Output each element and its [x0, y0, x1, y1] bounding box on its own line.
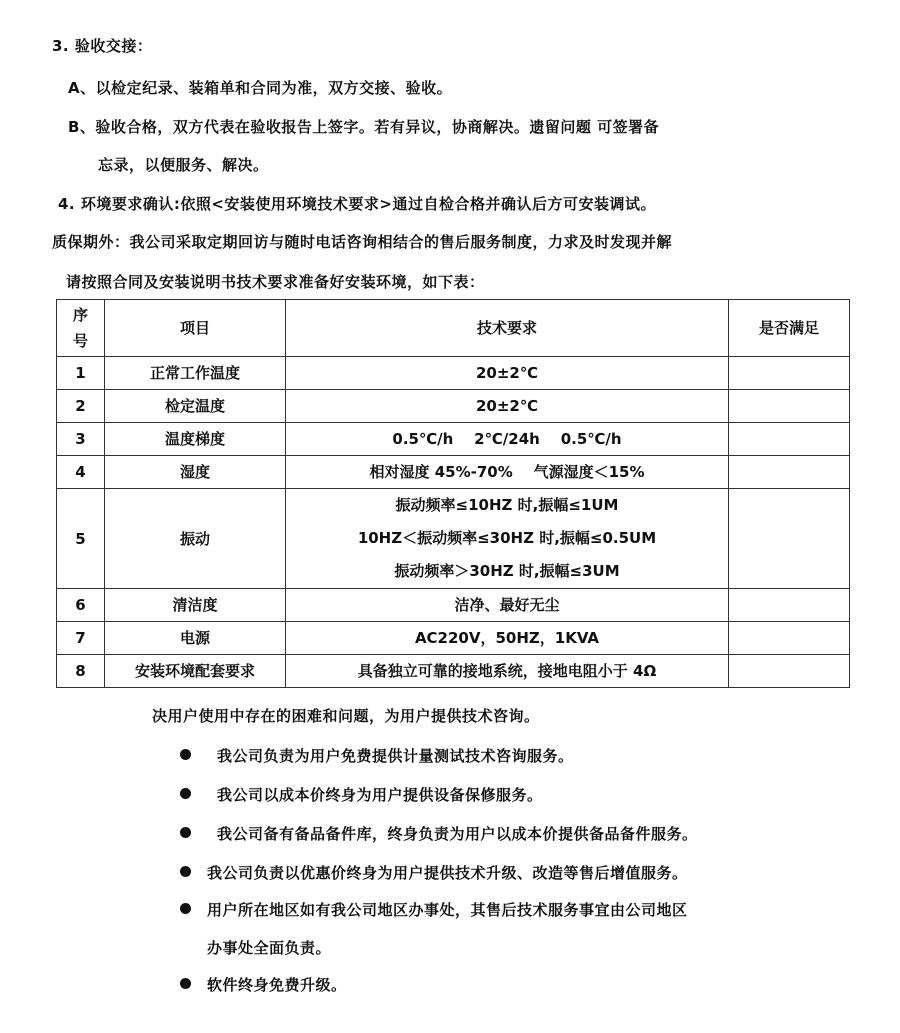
cell-satisfied[interactable] [729, 489, 850, 589]
cell-satisfied[interactable] [729, 655, 850, 688]
bullet-icon [180, 903, 191, 914]
cell-satisfied[interactable] [729, 456, 850, 489]
cell-requirement: 相对湿度 45%-70% 气源湿度＜15% [286, 456, 729, 489]
bullet-icon [180, 749, 191, 760]
cell-seq: 7 [57, 622, 105, 655]
service-item-continuation: 办事处全面负责。 [207, 938, 331, 958]
cell-item: 温度梯度 [105, 423, 286, 456]
cell-requirement: 振动频率≤10HZ 时,振幅≤1UM 10HZ＜振动频率≤30HZ 时,振幅≤0… [286, 489, 729, 589]
service-item: 用户所在地区如有我公司地区办事处，其售后技术服务事宜由公司地区 [180, 900, 688, 920]
header-requirement: 技术要求 [286, 300, 729, 357]
service-text: 软件终身免费升级。 [207, 976, 347, 994]
cell-requirement: AC220V，50HZ，1KVA [286, 622, 729, 655]
service-item: 我公司以成本价终身为用户提供设备保修服务。 [180, 785, 543, 805]
cell-satisfied[interactable] [729, 423, 850, 456]
header-seq-line2: 号 [57, 328, 104, 354]
header-seq-line1: 序 [57, 302, 104, 328]
table-row: 6 清洁度 洁净、最好无尘 [57, 589, 850, 622]
service-item: 我公司负责以优惠价终身为用户提供技术升级、改造等售后增值服务。 [180, 863, 688, 883]
section-3-item-b-line2: 忘录，以便服务、解决。 [98, 155, 269, 175]
section-4-title: 4. 环境要求确认:依照<安装使用环境技术要求>通过自检合格并确认后方可安装调试… [58, 194, 656, 214]
header-item: 项目 [105, 300, 286, 357]
cell-satisfied[interactable] [729, 622, 850, 655]
section-3-item-a: A、以检定纪录、装箱单和合同为准，双方交接、验收。 [68, 78, 452, 98]
bullet-icon [180, 978, 191, 989]
cell-seq: 3 [57, 423, 105, 456]
cell-requirement: 20±2℃ [286, 390, 729, 423]
vibration-requirement-line: 振动频率≤10HZ 时,振幅≤1UM [286, 489, 728, 522]
cell-item: 湿度 [105, 456, 286, 489]
cell-seq: 8 [57, 655, 105, 688]
table-intro: 请按照合同及安装说明书技术要求准备好安装环境，如下表： [66, 272, 485, 292]
section-3-item-b-line1: B、验收合格，双方代表在验收报告上签字。若有异议，协商解决。遗留问题 可签署备 [68, 117, 659, 137]
cell-requirement: 具备独立可靠的接地系统，接地电阻小于 4Ω [286, 655, 729, 688]
cell-item: 振动 [105, 489, 286, 589]
service-item: 我公司备有备品备件库，终身负责为用户以成本价提供备品备件服务。 [180, 824, 698, 844]
bullet-icon [180, 788, 191, 799]
cell-item: 清洁度 [105, 589, 286, 622]
warranty-out-line2: 决用户使用中存在的困难和问题，为用户提供技术咨询。 [152, 706, 540, 726]
environment-requirements-table: 序 号 项目 技术要求 是否满足 1 正常工作温度 20±2℃ 2 检定温度 2… [56, 299, 850, 688]
section-3-title: 3. 验收交接： [52, 36, 152, 56]
service-item: 我公司负责为用户免费提供计量测试技术咨询服务。 [180, 746, 574, 766]
cell-item: 安装环境配套要求 [105, 655, 286, 688]
service-text: 我公司以成本价终身为用户提供设备保修服务。 [217, 786, 543, 804]
service-text: 我公司负责以优惠价终身为用户提供技术升级、改造等售后增值服务。 [207, 864, 688, 882]
bullet-icon [180, 866, 191, 877]
table-row: 5 振动 振动频率≤10HZ 时,振幅≤1UM 10HZ＜振动频率≤30HZ 时… [57, 489, 850, 589]
cell-seq: 2 [57, 390, 105, 423]
table-row: 3 温度梯度 0.5℃/h 2℃/24h 0.5℃/h [57, 423, 850, 456]
table-row: 8 安装环境配套要求 具备独立可靠的接地系统，接地电阻小于 4Ω [57, 655, 850, 688]
cell-satisfied[interactable] [729, 357, 850, 390]
cell-item: 正常工作温度 [105, 357, 286, 390]
service-text: 用户所在地区如有我公司地区办事处，其售后技术服务事宜由公司地区 [207, 901, 688, 919]
table-header-row: 序 号 项目 技术要求 是否满足 [57, 300, 850, 357]
cell-item: 检定温度 [105, 390, 286, 423]
cell-requirement: 洁净、最好无尘 [286, 589, 729, 622]
cell-item: 电源 [105, 622, 286, 655]
cell-satisfied[interactable] [729, 589, 850, 622]
cell-seq: 4 [57, 456, 105, 489]
header-satisfied: 是否满足 [729, 300, 850, 357]
table-row: 7 电源 AC220V，50HZ，1KVA [57, 622, 850, 655]
table-row: 2 检定温度 20±2℃ [57, 390, 850, 423]
vibration-requirement-line: 10HZ＜振动频率≤30HZ 时,振幅≤0.5UM [286, 522, 728, 555]
service-text: 我公司负责为用户免费提供计量测试技术咨询服务。 [217, 747, 574, 765]
table-row: 1 正常工作温度 20±2℃ [57, 357, 850, 390]
bullet-icon [180, 827, 191, 838]
service-item: 软件终身免费升级。 [180, 975, 347, 995]
cell-seq: 1 [57, 357, 105, 390]
cell-requirement: 20±2℃ [286, 357, 729, 390]
vibration-requirement-line: 振动频率＞30HZ 时,振幅≤3UM [286, 555, 728, 588]
cell-satisfied[interactable] [729, 390, 850, 423]
cell-seq: 6 [57, 589, 105, 622]
warranty-out-line1: 质保期外：我公司采取定期回访与随时电话咨询相结合的售后服务制度，力求及时发现并解 [52, 232, 672, 252]
cell-requirement: 0.5℃/h 2℃/24h 0.5℃/h [286, 423, 729, 456]
table-row: 4 湿度 相对湿度 45%-70% 气源湿度＜15% [57, 456, 850, 489]
cell-seq: 5 [57, 489, 105, 589]
service-text: 我公司备有备品备件库，终身负责为用户以成本价提供备品备件服务。 [217, 825, 698, 843]
header-seq: 序 号 [57, 300, 105, 357]
